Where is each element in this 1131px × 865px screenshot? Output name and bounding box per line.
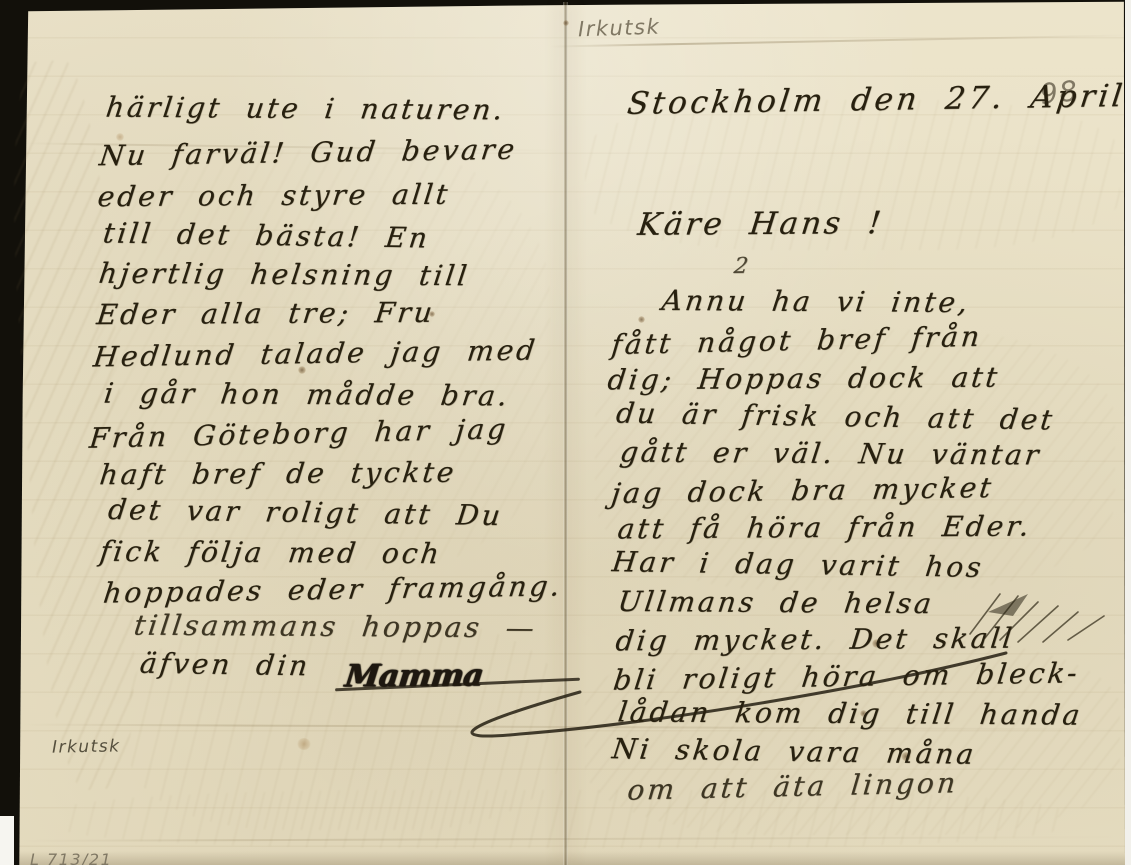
letter-line: haft bref de tyckte [98,456,458,491]
letter-line: i går hon mådde bra. [102,377,512,413]
letter-line: Hedlund talade jag med [91,334,539,374]
letter-line: dig mycket. Det skall [614,622,1017,658]
foxing-stain [297,738,311,750]
pencil-annotation-irkutsk-bottom: Irkutsk [52,736,121,757]
ink-stain [563,20,569,26]
letter-closing: äfven din [138,647,312,683]
scan-edge-right [1125,0,1131,865]
letter-line: gått er väl. Nu väntar [618,436,1043,472]
letter-line: att få höra från Eder. [616,510,1034,546]
salutation: Käre Hans ! [636,205,886,243]
letter-line: Ni skola vara måna [610,732,978,771]
letter-line: till det bästa! En [101,216,432,254]
scan-edge-bottom-left [0,816,14,865]
letter-line: Eder alla tre; Fru [95,296,437,331]
letter-line: Nu farväl! Gud bevare [98,133,520,173]
ink-stain [638,316,645,323]
letter-line: lådan kom dig till handa [616,695,1084,731]
letter-line: härligt ute i naturen. [104,91,508,127]
letter-line: Har i dag varit hos [610,545,985,584]
letter-line: eder och styre allt [96,178,452,213]
letter-line: det var roligt att Du [106,493,505,532]
ink-blot [988,594,1028,616]
letter-line: Annu ha vi inte, [660,284,972,319]
letter-line: dig; Hoppas dock att [606,361,1002,397]
pencil-annotation-irkutsk-top: Irkutsk [578,15,661,42]
letter-line: jag dock bra mycket [610,471,996,510]
letter-line: hjertlig helsning till [97,257,472,293]
letter-line: fick följa med och [98,535,444,570]
archive-number-annotation: L 713/21 [30,850,112,865]
stray-ink-mark: 2 [733,254,753,279]
scan-background: Irkutsk 98 Irkutsk L 713/21 härligt ute … [0,0,1131,865]
letter-line: Ullmans de helsa [616,585,936,620]
letter-line: du är frisk och att det [614,397,1056,437]
